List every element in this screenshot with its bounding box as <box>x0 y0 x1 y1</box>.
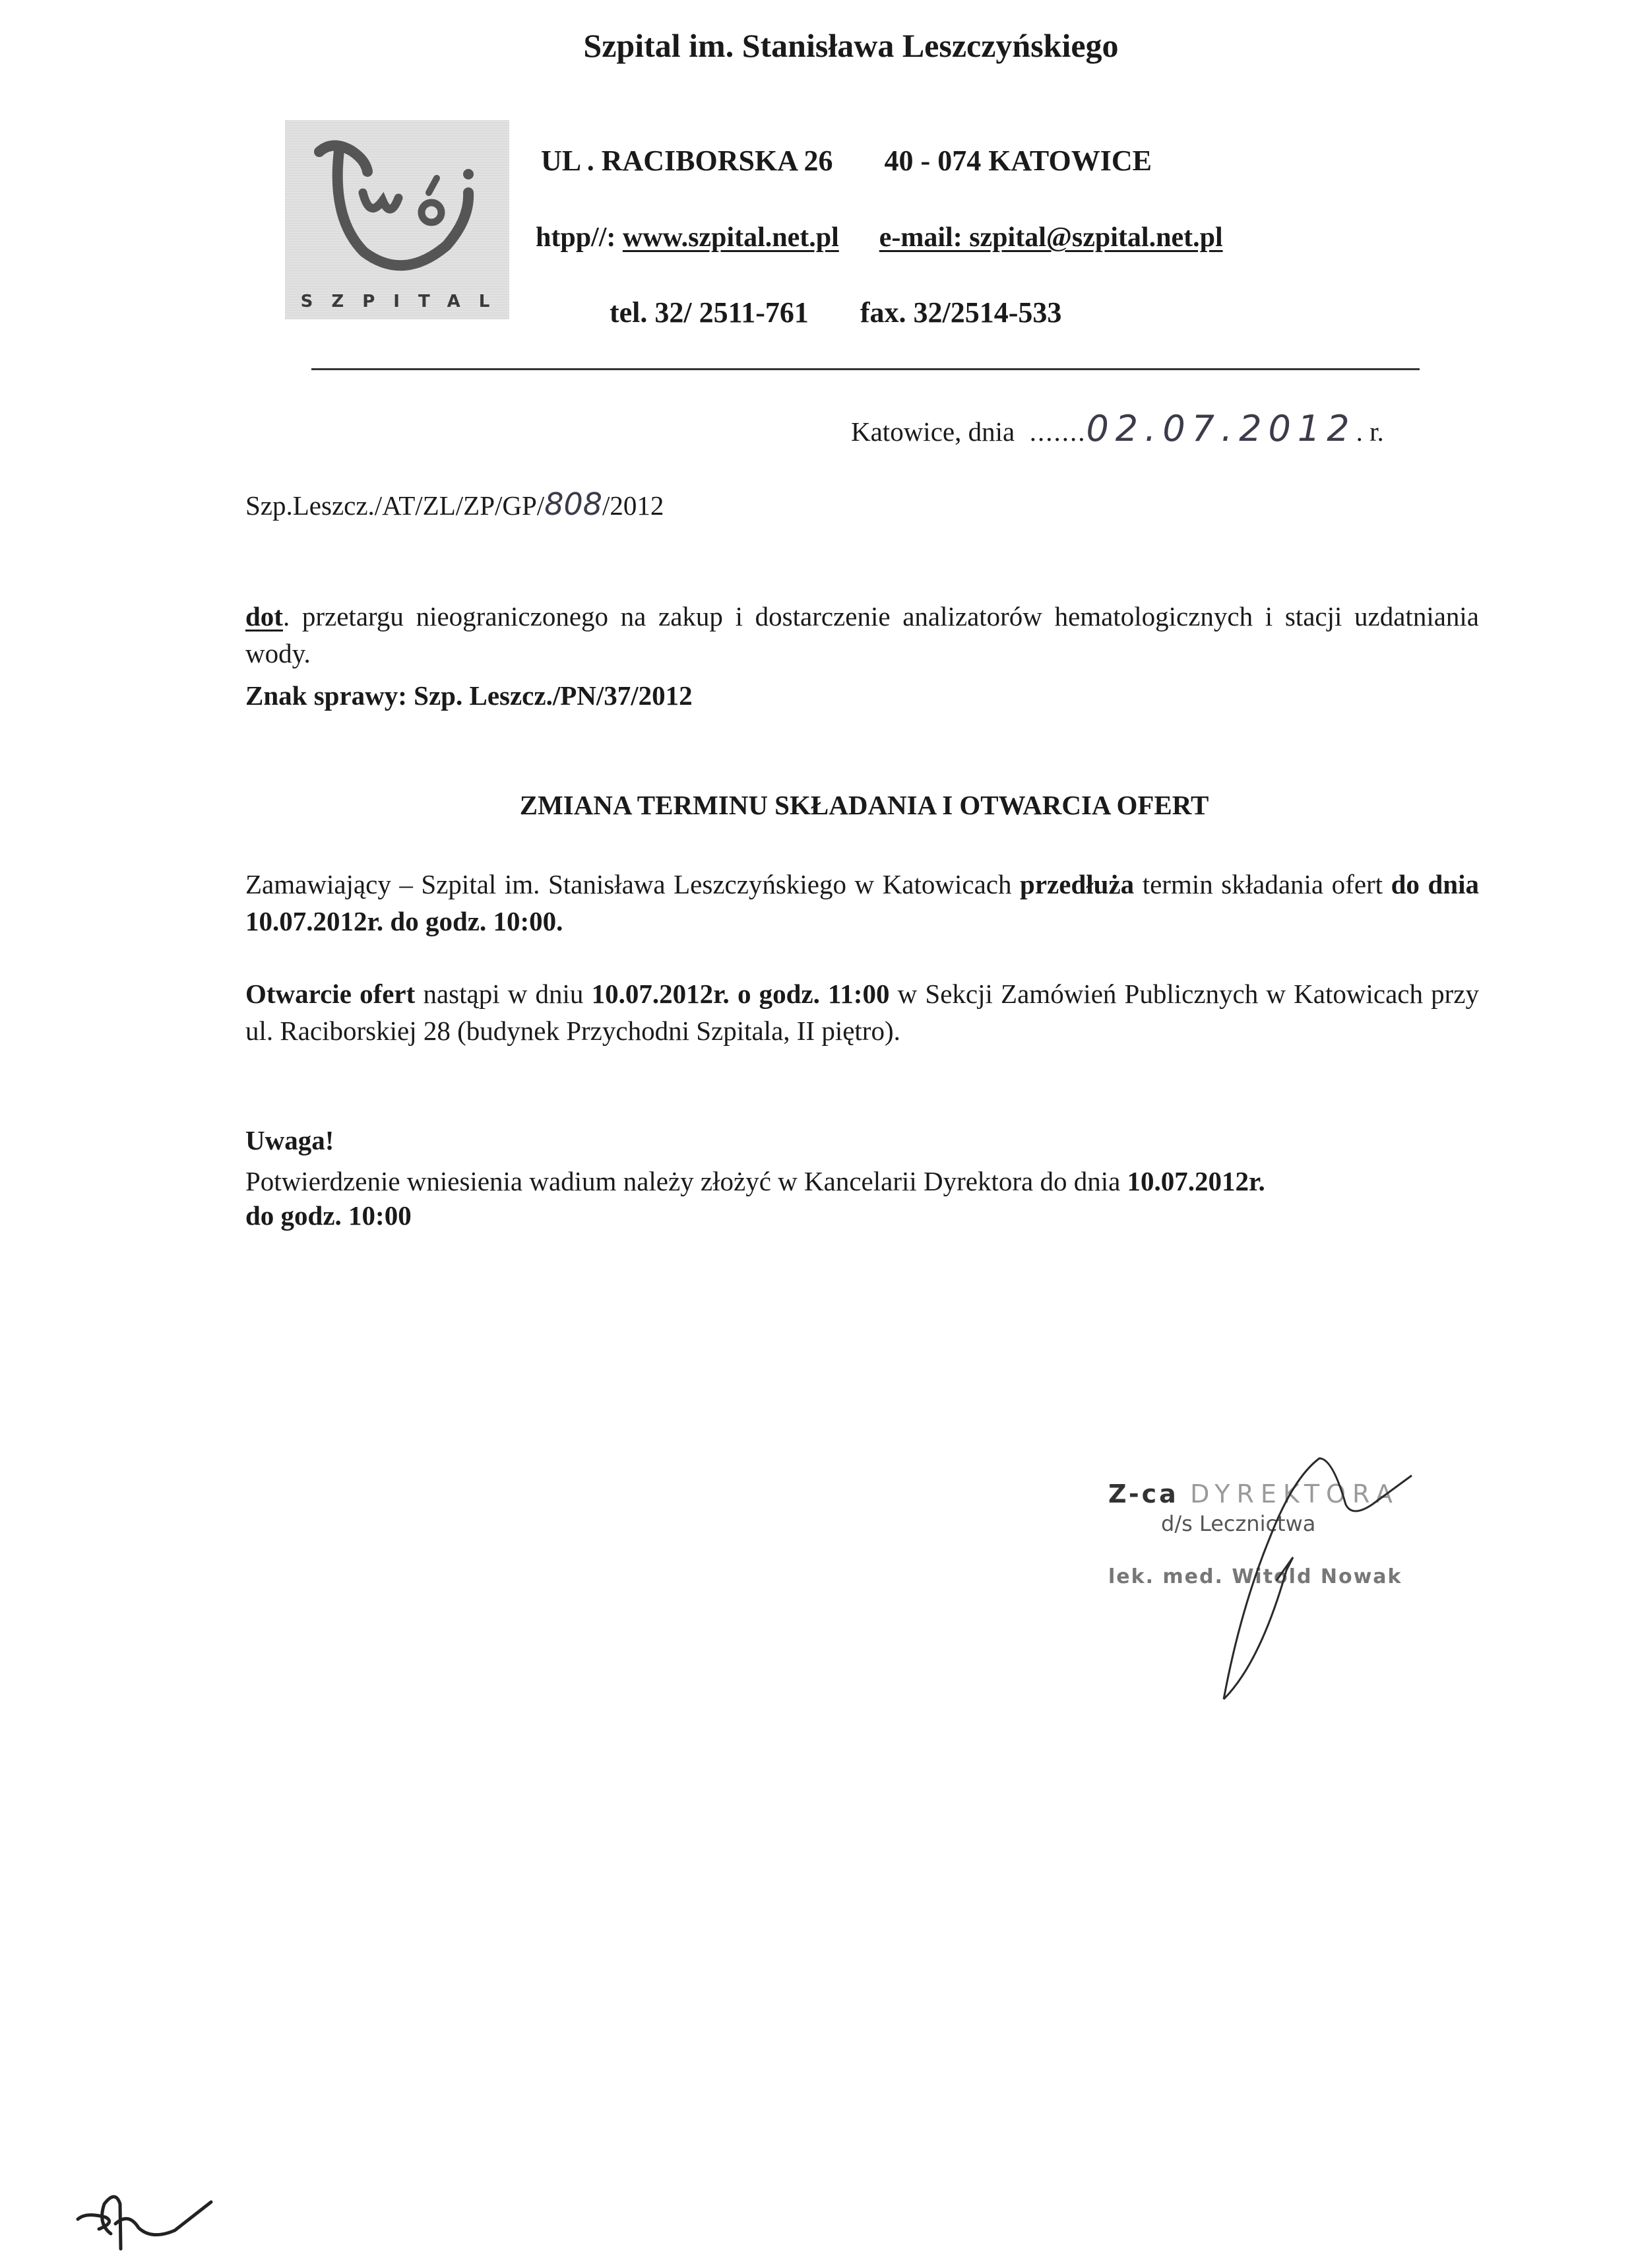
stamp-title-faint: DYREKTORA <box>1190 1479 1399 1508</box>
postal-city: 40 - 074 KATOWICE <box>885 145 1152 177</box>
date-suffix: r. <box>1369 416 1384 447</box>
notice-text: Potwierdzenie wniesienia wadium należy z… <box>245 1163 1265 1200</box>
fax-number: fax. 32/2514-533 <box>860 296 1062 329</box>
logo-word: SZPITAL <box>285 292 509 311</box>
stamp-name: lek. med. Witold Nowak <box>1108 1565 1402 1588</box>
handwritten-date: 02.07.2012 <box>1086 408 1356 449</box>
stamp-subtitle: d/s Lecznictwa <box>1161 1511 1402 1536</box>
p1-text-2: termin składania ofert <box>1134 869 1391 899</box>
notice-time: do godz. 10:00 <box>245 1200 412 1231</box>
email-link[interactable]: e-mail: szpital@szpital.net.pl <box>879 222 1223 253</box>
subject-paragraph: dot. przetargu nieograniczonego na zakup… <box>245 598 1479 672</box>
phone-fax-line: tel. 32/ 2511-761 fax. 32/2514-533 <box>610 296 1061 329</box>
hospital-logo: SZPITAL <box>285 120 509 319</box>
subject-text: . przetargu nieograniczonego na zakup i … <box>245 601 1479 668</box>
address-line: UL . RACIBORSKA 26 40 - 074 KATOWICE <box>541 144 1152 178</box>
director-stamp: Z-ca DYREKTORA d/s Lecznictwa lek. med. … <box>1108 1479 1402 1588</box>
case-number: Znak sprawy: Szp. Leszcz./PN/37/2012 <box>245 680 693 711</box>
place-date-prefix: Katowice, dnia <box>851 416 1015 447</box>
stamp-title-bold: Z-ca <box>1108 1479 1179 1508</box>
reference-prefix: Szp.Leszcz./AT/ZL/ZP/GP/ <box>245 490 544 521</box>
phone-number: tel. 32/ 2511-761 <box>610 296 809 329</box>
opening-paragraph: Otwarcie ofert nastąpi w dniu 10.07.2012… <box>245 975 1479 1049</box>
deadline-paragraph: Zamawiający – Szpital im. Stanisława Les… <box>245 866 1479 940</box>
hospital-name: Szpital im. Stanisława Leszczyńskiego <box>0 26 1636 65</box>
p2-text-1: nastąpi w dniu <box>415 979 591 1009</box>
smile-logo-icon <box>285 120 509 319</box>
p2-bold-datetime: 10.07.2012r. o godz. 11:00 <box>592 979 890 1009</box>
p1-bold-extends: przedłuża <box>1020 869 1134 899</box>
notice-heading: ZMIANA TERMINU SKŁADANIA I OTWARCIA OFER… <box>0 789 1636 821</box>
contact-web-line: htpp//: www.szpital.net.pl e-mail: szpit… <box>536 222 1223 253</box>
reference-suffix: /2012 <box>602 490 664 521</box>
notice-date: 10.07.2012r. <box>1127 1166 1265 1196</box>
website-link[interactable]: www.szpital.net.pl <box>623 222 839 253</box>
subject-dot-label: dot <box>245 601 283 632</box>
web-prefix: htpp//: <box>536 222 615 253</box>
notice-body: Potwierdzenie wniesienia wadium należy z… <box>245 1166 1127 1196</box>
stamp-title: Z-ca DYREKTORA <box>1108 1479 1402 1508</box>
p1-text-1: Zamawiający – Szpital im. Stanisława Les… <box>245 869 1020 899</box>
handwritten-reference: 808 <box>544 486 602 522</box>
notice-label: Uwaga! <box>245 1124 334 1156</box>
street-address: UL . RACIBORSKA 26 <box>541 145 833 177</box>
header-divider <box>311 368 1420 370</box>
reference-number: Szp.Leszcz./AT/ZL/ZP/GP/808/2012 <box>245 486 664 524</box>
place-date-line: Katowice, dnia .......02.07.2012. r. <box>851 410 1384 450</box>
p2-bold-opening: Otwarcie ofert <box>245 979 415 1009</box>
